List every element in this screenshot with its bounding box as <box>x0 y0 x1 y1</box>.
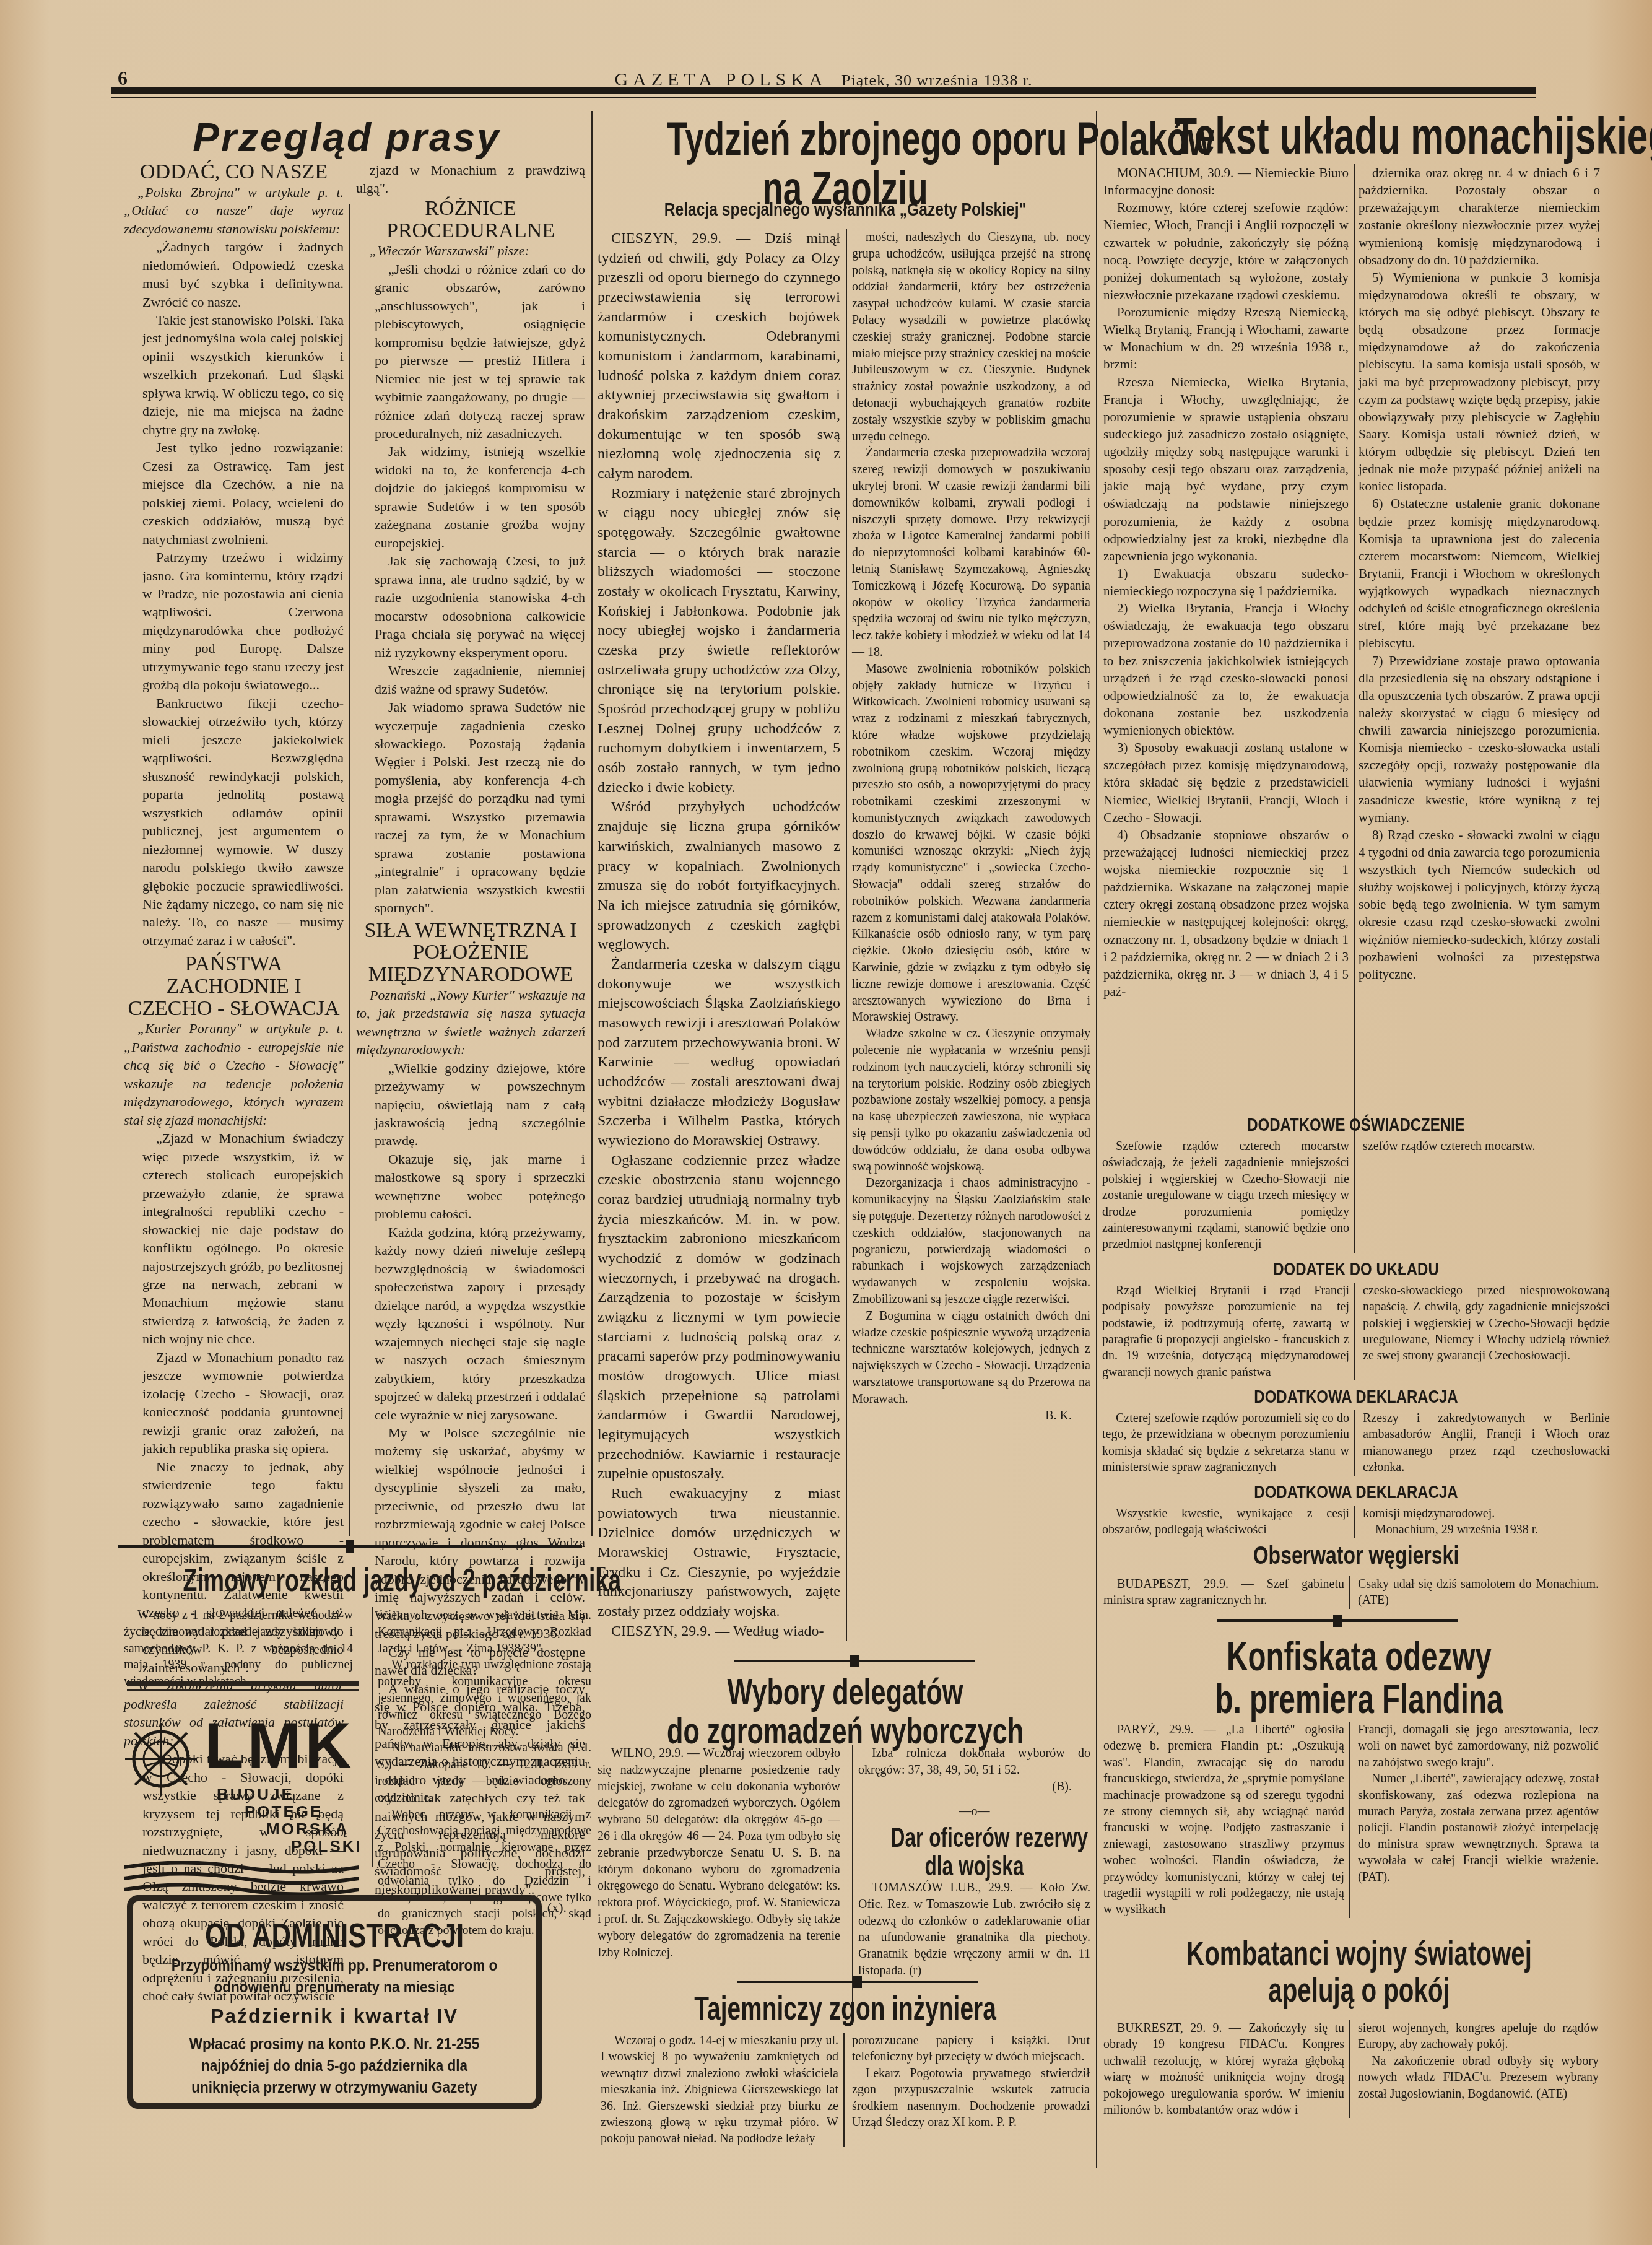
paragraph: Zjazd w Monachium ponadto raz jeszcze wy… <box>124 1348 344 1458</box>
paragraph: Jak się zachowają Czesi, to już sprawa i… <box>356 552 585 661</box>
paragraph: Masowe zwolnienia robotników polskich ob… <box>852 661 1090 1026</box>
ornament-divider <box>1217 1619 1458 1622</box>
annex-text: komisji międzynarodowej. <box>1363 1506 1610 1522</box>
observer-body: BUDAPESZT, 29.9. — Szef gabinetu ministr… <box>1103 1576 1599 1609</box>
notice-title: OD ADMINISTRACJI <box>178 1915 492 1955</box>
paragraph: 6) Ostateczne ustalenie granic dokonane … <box>1359 495 1600 652</box>
masthead-rule <box>111 87 1536 94</box>
paragraph: Porozumienie między Rzeszą Niemiecką, Wi… <box>1103 303 1349 373</box>
paragraph: Żandarmeria czeska w dalszym ciągu dokon… <box>598 955 840 1151</box>
elections-col1: WILNO, 29.9. — Wczoraj wieczorem odbyło … <box>598 1745 840 1961</box>
notice-highlight: Październik i kwartał IV <box>133 2005 536 2028</box>
paragraph: Na zakończenie obrad odbyły się wybory n… <box>1358 2053 1599 2102</box>
veterans-body: BUKRESZT, 29. 9. — Zakończyły się tu obr… <box>1103 2020 1599 2118</box>
column-divider <box>591 111 593 1536</box>
annex-text: Rząd Wielkiej Brytanii i rząd Francji po… <box>1102 1283 1355 1380</box>
slogan-line: BUDUJE <box>217 1785 294 1804</box>
column-divider <box>349 204 350 1536</box>
paragraph: zjazd w Monachium z prawdziwą ulgą". <box>356 161 585 198</box>
section-lead: „Kurier Poranny" w artykule p. t. „Państ… <box>124 1019 344 1129</box>
section-title: PAŃSTWA ZACHODNIE I CZECHO - SŁOWACJA <box>124 953 344 1019</box>
paragraph: Ogłaszane codziennie przez władze czeski… <box>598 1151 840 1484</box>
paragraph: ściennych oraz w wydawnictwie Min. Komun… <box>378 1607 591 1657</box>
paragraph: W nocy z 1 na 2 października wchodzi w ż… <box>124 1607 353 1690</box>
zaolzie-col1: CIESZYN, 29.9. — Dziś minął tydzień od c… <box>598 229 840 1641</box>
paragraph: Lekarz Pogotowia prywatnego stwierdził z… <box>852 2065 1090 2131</box>
elections-col2: Izba rolnicza dokonała wyborów do okręgó… <box>858 1745 1090 1829</box>
column-divider <box>1096 111 1097 2168</box>
paragraph: Takie jest stanowisko Polski. Taka jest … <box>124 311 344 438</box>
paragraph: 1) Ewakuacja obszaru sudecko-niemieckieg… <box>1103 565 1349 599</box>
munich-col1: MONACHIUM, 30.9. — Niemieckie Biuro Info… <box>1103 164 1349 1000</box>
paragraph: Wczoraj o godz. 14-ej w mieszkaniu przy … <box>601 2033 845 2147</box>
signature: B. K. <box>852 1408 1090 1424</box>
section-title: RÓŻNICE PROCEDURALNE <box>356 198 585 242</box>
paragraph: „Wielkie godziny dziejowe, które przeżyw… <box>356 1059 585 1150</box>
paragraph: CIESZYN, 29.9. — Dziś minął tydzień od c… <box>598 229 840 484</box>
paragraph: WILNO, 29.9. — Wczoraj wieczorem odbyło … <box>598 1745 840 1961</box>
column-divider <box>852 1745 853 2005</box>
paragraph: Żandarmeria czeska przeprowadziła wczora… <box>852 445 1090 660</box>
paragraph: Okazuje się, jak marne i małostkowe są s… <box>356 1150 585 1223</box>
column-divider <box>846 229 847 1641</box>
paragraph: Rzesza Niemiecka, Wielka Brytania, Franc… <box>1103 373 1349 565</box>
annex-title: DODATKOWA DEKLARACJA <box>1153 1387 1559 1408</box>
zaolzie-headline: Tydzień zbrojnego oporu Polaków na Zaolz… <box>667 115 1024 214</box>
paragraph: CIESZYN, 29.9. — Według wiado- <box>598 1622 840 1642</box>
notice-body: OD ADMINISTRACJI Przypominamy wszystkim … <box>133 1901 536 2103</box>
annex-title: DODATKOWE OŚWIADCZENIE <box>1153 1115 1559 1136</box>
paragraph: 4) Obsadzanie stopniowe obszarów o przew… <box>1103 826 1349 1000</box>
paragraph: Izba rolnicza dokonała wyborów do okręgó… <box>858 1745 1090 1779</box>
headline-line: Tydzień zbrojnego oporu Polaków <box>667 115 1024 164</box>
paragraph: Z Bogumina w ciągu ostatnich dwóch dni w… <box>852 1308 1090 1408</box>
notice-text: uniknięcia przerwy w otrzymywaniu Gazety <box>154 2077 516 2099</box>
ornament-divider <box>118 1545 582 1548</box>
paragraph: 8) Rząd czesko - słowacki zwolni w ciągu… <box>1359 826 1600 983</box>
paragraph: 7) Przewidziane zostaje prawo optowania … <box>1359 652 1600 826</box>
paragraph: Jak wiadomo sprawa Sudetów nie wyczerpuj… <box>356 698 585 917</box>
gift-body: TOMASZÓW LUB., 29.9. — Koło Zw. Ofic. Re… <box>858 1880 1090 1979</box>
elections-headline: Wybory delegatów do zgromadzeń wyborczyc… <box>667 1672 1024 1750</box>
section-lead: „Polska Zbrojna" w artykule p. t. „Oddać… <box>124 183 344 238</box>
headline-line: dla wojska <box>891 1852 1058 1881</box>
slogan-line: POLSKI <box>291 1837 362 1856</box>
schedule-col2: ściennych oraz w wydawnictwie Min. Komun… <box>378 1607 591 1939</box>
annex-dateline: Monachium, 29 września 1938 r. <box>1363 1522 1610 1538</box>
headline-line: Wybory delegatów <box>667 1672 1024 1711</box>
ship-wheel-globe-icon <box>124 1722 198 1796</box>
slogan-line: POTĘGĘ <box>245 1802 323 1821</box>
death-body: Wczoraj o godz. 14-ej w mieszkaniu przy … <box>601 2033 1090 2147</box>
paragraph: Francji, domagali się jego aresztowania,… <box>1358 1722 1599 1771</box>
administration-notice: OD ADMINISTRACJI Przypominamy wszystkim … <box>127 1895 542 2109</box>
paragraph: Ruch ewakuacyjny z miast powiatowych trw… <box>598 1484 840 1622</box>
annex-text: Rzeszy i zakredytowanych w Berlinie amba… <box>1363 1410 1610 1476</box>
paragraph: MONACHIUM, 30.9. — Niemieckie Biuro Info… <box>1103 164 1349 199</box>
lmk-advertisement: LMK BUDUJE POTĘGĘ MORSKĄ POLSKI <box>124 1715 384 1852</box>
headline-line: do zgromadzeń wyborczych <box>667 1711 1024 1750</box>
flandin-body: PARYŻ, 29.9. — „La Liberté" ogłosiła ode… <box>1103 1722 1599 1918</box>
headline-line: Dar oficerów rezerwy <box>891 1824 1058 1852</box>
zaolzie-col2: mości, nadeszłych do Cieszyna, ub. nocy … <box>852 229 1090 1424</box>
column-divider <box>1354 164 1355 1242</box>
paragraph: „Zjazd w Monachium świadczy więc przede … <box>124 1129 344 1348</box>
headline-line: Kombatanci wojny światowej <box>1174 1935 1544 1972</box>
paragraph: Rozmiary i natężenie starć zbrojnych w c… <box>598 484 840 798</box>
paragraph: „Żadnych targów i żadnych niedomówień. O… <box>124 238 344 311</box>
headline-line: Konfiskata odezwy <box>1174 1635 1544 1678</box>
slogan-line: MORSKĄ <box>266 1820 349 1839</box>
section-title: SIŁA WEWNĘTRZNA I POŁOŻENIE MIĘDZYNARODO… <box>356 920 585 986</box>
paragraph: porozrzucane papiery i książki. Drut tel… <box>852 2033 1090 2065</box>
annex-text: szefów rządów czterech mocarstw. <box>1363 1138 1610 1253</box>
munich-col2: dziernika oraz okręg nr. 4 w dniach 6 i … <box>1359 164 1600 983</box>
ornament-divider <box>734 1660 975 1662</box>
paragraph: Jak widzimy, istnieją wszelkie widoki na… <box>356 442 585 552</box>
separator: —o— <box>858 1803 1090 1820</box>
press-review-heading: Przegląd prasy <box>115 115 579 160</box>
signature: (B). <box>858 1779 1090 1795</box>
headline-line: b. premiera Flandina <box>1174 1678 1544 1720</box>
notice-text: Wpłacać prosimy na konto P.K.O. Nr. 21-2… <box>154 2034 516 2055</box>
headline-line: apelują o pokój <box>1174 1972 1544 2008</box>
paragraph: Dezorganizacja i chaos administracyjno -… <box>852 1175 1090 1307</box>
annex-title: DODATKOWA DEKLARACJA <box>1153 1482 1559 1503</box>
paragraph: „Jeśli chodzi o różnice zdań co do grani… <box>356 260 585 443</box>
paragraph: 5) Wymieniona w punkcie 3 komisja między… <box>1359 269 1600 495</box>
paragraph: 2) Wielka Brytania, Francja i Włochy ośw… <box>1103 599 1349 739</box>
paragraph: Na narciarskie mistrzostwa świata (F. I.… <box>378 1740 591 1806</box>
death-headline: Tajemniczy zgon inżyniera <box>667 1991 1024 2026</box>
paragraph: dziernika oraz okręg nr. 4 w dniach 6 i … <box>1359 164 1600 269</box>
annex-title: DODATEK DO UKŁADU <box>1153 1259 1559 1280</box>
annex-text: Czterej szefowie rządów porozumieli się … <box>1102 1410 1355 1476</box>
gift-headline: Dar oficerów rezerwy dla wojska <box>891 1824 1058 1881</box>
munich-annexes: DODATKOWE OŚWIADCZENIE Szefowie rządów c… <box>1102 1115 1610 1544</box>
paragraph: Wreszcie zagadnienie, niemniej dziś ważn… <box>356 661 585 698</box>
section-lead: Poznański „Nowy Kurier" wskazuje na to, … <box>356 986 585 1059</box>
notice-text: najpóźniej do dnia 5-go października dla <box>154 2055 516 2077</box>
paragraph: 3) Sposoby ewakuacji zostaną ustalone w … <box>1103 739 1349 826</box>
zaolzie-subheadline: Relacja specjalnego wysłannika „Gazety P… <box>642 199 1048 220</box>
paragraph: W rozkładzie tym uwzględnione zostają po… <box>378 1657 591 1740</box>
paragraph: Każda godzina, którą przeżywamy, każdy n… <box>356 1223 585 1424</box>
paragraph: Csaky udał się dziś samolotem do Monachi… <box>1358 1576 1599 1609</box>
rule <box>127 1681 359 1686</box>
paragraph: Wśród przybyłych uchodźców znajduje się … <box>598 798 840 954</box>
annex-text: Szefowie rządów czterech mocarstw oświad… <box>1102 1138 1355 1253</box>
veterans-headline: Kombatanci wojny światowej apelują o pok… <box>1174 1935 1544 2008</box>
paragraph: mości, nadeszłych do Cieszyna, ub. nocy … <box>852 229 1090 445</box>
paragraph: BUKRESZT, 29. 9. — Zakończyły się tu obr… <box>1103 2020 1350 2118</box>
schedule-col1: W nocy z 1 na 2 października wchodzi w ż… <box>124 1607 353 1690</box>
paragraph: Jest tylko jedno rozwiązanie: Czesi za O… <box>124 438 344 548</box>
paragraph: PARYŻ, 29.9. — „La Liberté" ogłosiła ode… <box>1103 1722 1350 1918</box>
paragraph: BUDAPESZT, 29.9. — Szef gabinetu ministr… <box>1103 1576 1350 1609</box>
paragraph: TOMASZÓW LUB., 29.9. — Koło Zw. Ofic. Re… <box>858 1880 1090 1979</box>
observer-headline: Obserwator węgierski <box>1153 1542 1559 1570</box>
schedule-headline: Zimowy rozkład jazdy od 2 października <box>183 1564 536 1598</box>
paragraph: Bankructwo fikcji czecho-słowackiej otrz… <box>124 694 344 950</box>
section-lead: „Wieczór Warszawski" pisze: <box>356 242 585 259</box>
notice-text: Przypominamy wszystkim pp. Prenumeratoro… <box>154 1955 516 1999</box>
paragraph: Patrzymy trzeźwo i widzimy jasno. Gra ko… <box>124 548 344 694</box>
ornament-divider <box>737 1981 978 1983</box>
waves-icon <box>124 1861 359 1898</box>
flandin-headline: Konfiskata odezwy b. premiera Flandina <box>1174 1635 1544 1721</box>
annex-text: Wszystkie kwestie, wynikające z cesji ob… <box>1102 1506 1355 1538</box>
rule <box>127 1689 359 1691</box>
paragraph: sierot wojennych, kongres apeluje do rzą… <box>1358 2020 1599 2053</box>
paragraph: Władze szkolne w cz. Cieszynie otrzymały… <box>852 1026 1090 1175</box>
paragraph: Rozmowy, które czterej szefowie rządów: … <box>1103 199 1349 303</box>
annex-text: czesko-słowackiego przed niesprowokowaną… <box>1363 1283 1610 1380</box>
paragraph: Numer „Liberté", zawierający odezwę, zos… <box>1358 1771 1599 1885</box>
lmk-logo: LMK <box>204 1709 355 1783</box>
section-title: ODDAĆ, CO NASZE <box>124 161 344 183</box>
masthead-rule-thin <box>111 97 1536 98</box>
munich-headline: Tekst układu monachijskiego <box>1174 108 1544 163</box>
